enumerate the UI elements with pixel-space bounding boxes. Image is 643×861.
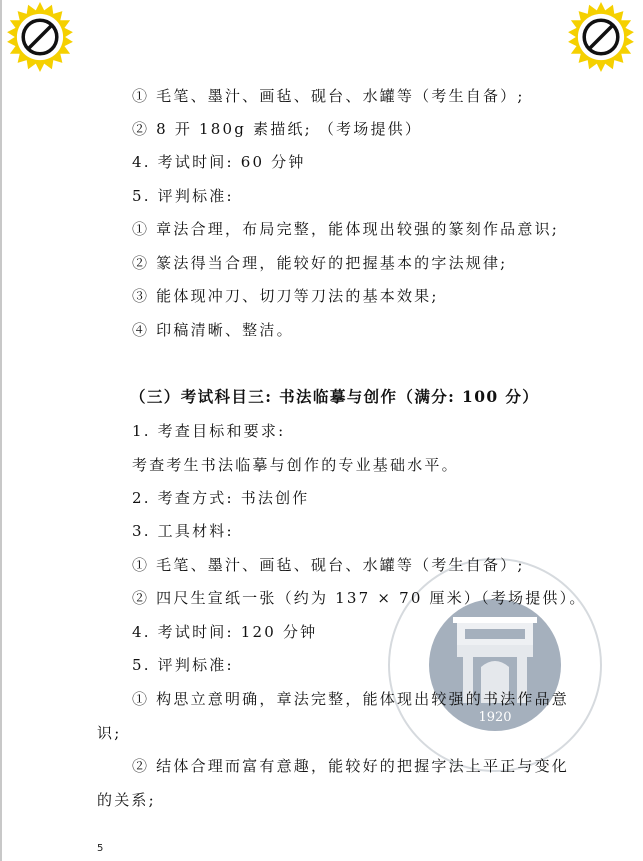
- materials-item-2: ② 8 开 180g 素描纸; （考场提供）: [132, 120, 422, 138]
- objective-text: 考查考生书法临摹与创作的专业基础水平。: [132, 456, 459, 474]
- pdf-xchange-buy-badge-right[interactable]: [566, 2, 636, 72]
- criteria-item-4: ④ 印稿清晰、整洁。: [132, 321, 294, 339]
- objective-heading: 1. 考查目标和要求:: [132, 422, 285, 440]
- materials-item-1: ① 毛笔、墨汁、画毡、砚台、水罐等（考生自备）;: [132, 87, 525, 105]
- section-heading-subject-3: （三）考试科目三: 书法临摹与创作（满分: 100 分）: [130, 388, 539, 406]
- materials-heading: 3. 工具材料:: [132, 522, 234, 540]
- criteria-item-2-b-cont: 的关系;: [97, 791, 156, 809]
- criteria-item-1-b-cont: 识;: [97, 724, 121, 742]
- criteria-item-1-b: ① 构思立意明确，章法完整，能体现出较强的书法作品意: [132, 690, 569, 708]
- hubei-fine-arts-seal-watermark: 1920: [385, 555, 605, 775]
- materials-item-2-b: ② 四尺生宣纸一张（约为 137 × 70 厘米）（考场提供）。: [132, 589, 587, 607]
- starburst-icon: [568, 2, 634, 72]
- criteria-heading-b: 5. 评判标准:: [132, 656, 234, 674]
- page-left-edge: [0, 0, 2, 861]
- starburst-icon: [7, 2, 73, 72]
- criteria-item-2-b: ② 结体合理而富有意趣，能较好的把握字法上平正与变化: [132, 757, 569, 775]
- exam-time: 4. 考试时间: 60 分钟: [132, 153, 306, 171]
- seal-year: 1920: [478, 710, 511, 725]
- criteria-heading: 5. 评判标准:: [132, 187, 234, 205]
- criteria-item-3: ③ 能体现冲刀、切刀等刀法的基本效果;: [132, 287, 439, 305]
- criteria-item-1: ① 章法合理，布局完整，能体现出较强的篆刻作品意识;: [132, 220, 559, 238]
- pdf-xchange-buy-badge-left[interactable]: [5, 2, 75, 72]
- criteria-item-2: ② 篆法得当合理，能较好的把握基本的字法规律;: [132, 254, 507, 272]
- materials-item-1-b: ① 毛笔、墨汁、画毡、砚台、水罐等（考生自备）;: [132, 556, 525, 574]
- exam-method: 2. 考查方式: 书法创作: [132, 489, 310, 507]
- exam-time-b: 4. 考试时间: 120 分钟: [132, 623, 317, 641]
- page-number: 5: [97, 843, 103, 854]
